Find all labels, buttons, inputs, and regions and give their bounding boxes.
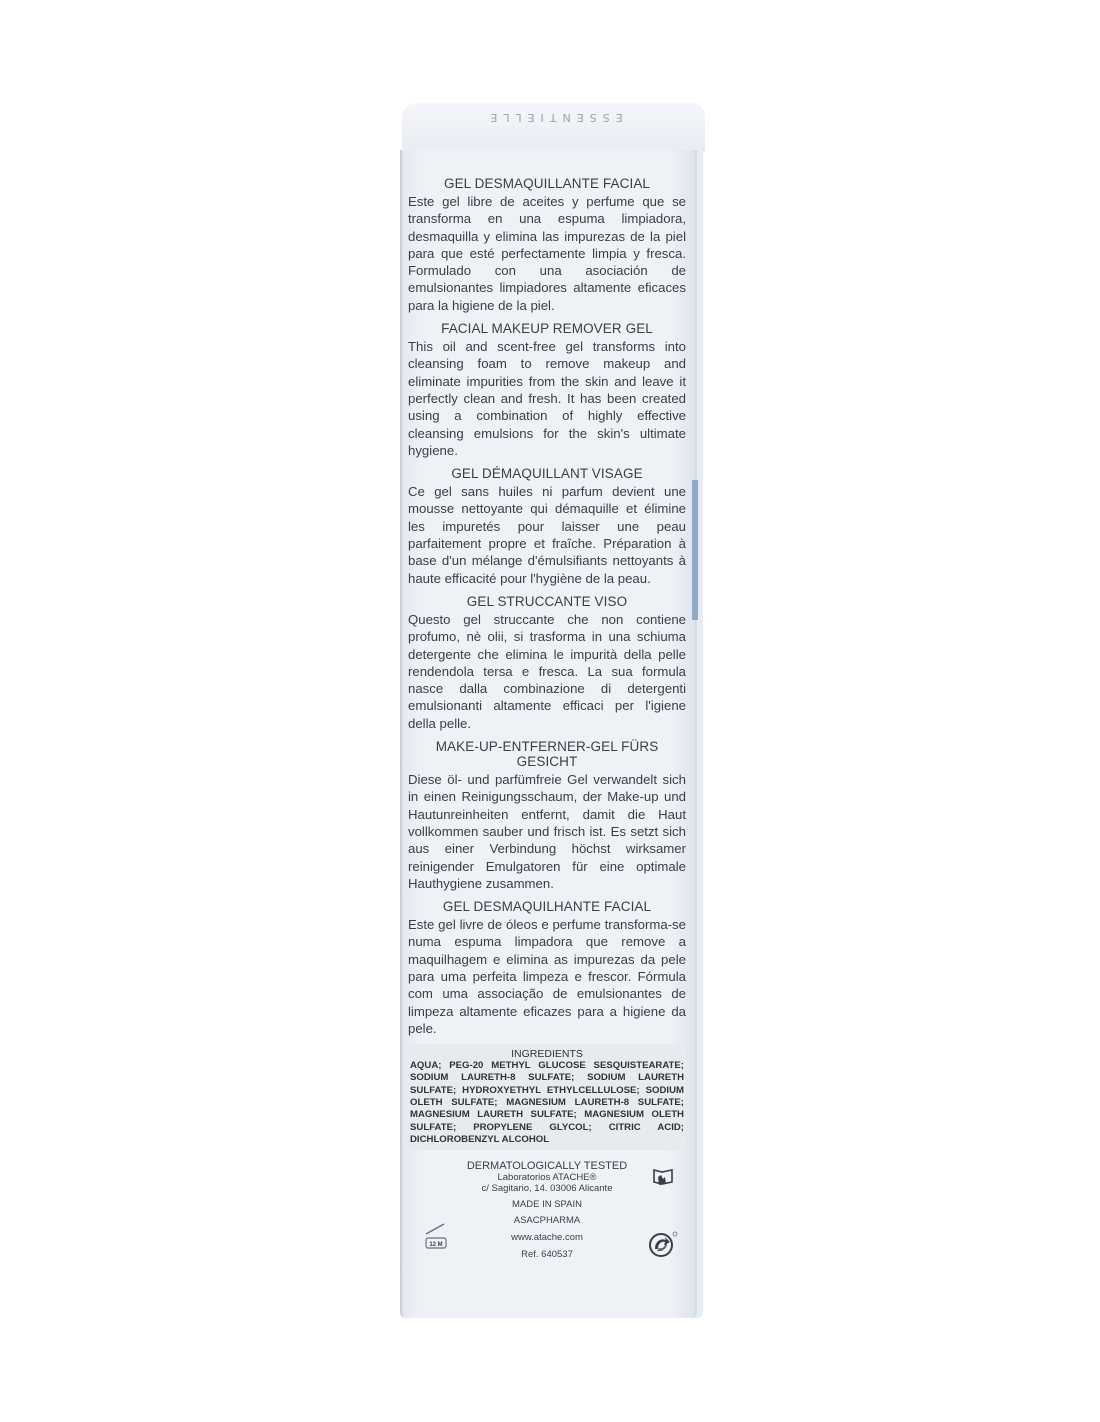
section-body: Diese öl- und parfümfreie Gel verwandelt… — [408, 771, 686, 892]
section-body: Este gel libre de aceites y perfume que … — [408, 193, 686, 314]
reference: Ref. 640537 — [408, 1249, 686, 1260]
read-leaflet-icon — [652, 1168, 674, 1188]
brand-name-upside-down: ESSENTIELLE — [402, 111, 705, 124]
section-title: GEL DESMAQUILLANTE FACIAL — [408, 176, 686, 191]
section-title: GEL STRUCCANTE VISO — [408, 594, 686, 609]
section-body: Este gel livre de óleos e perfume transf… — [408, 916, 686, 1037]
section-spanish: GEL DESMAQUILLANTE FACIAL Este gel libre… — [408, 176, 686, 314]
box-top-flap: ESSENTIELLE — [402, 103, 705, 151]
period-after-opening-icon: 12 M — [424, 1220, 450, 1250]
address: c/ Sagitario, 14. 03006 Alicante — [408, 1183, 686, 1194]
manufacturer: Laboratorios ATACHE® — [408, 1172, 686, 1183]
section-french: GEL DÉMAQUILLANT VISAGE Ce gel sans huil… — [408, 466, 686, 587]
section-body: Ce gel sans huiles ni parfum devient une… — [408, 483, 686, 587]
section-body: Questo gel struccante che non contiene p… — [408, 611, 686, 732]
pao-label: 12 M — [429, 1242, 442, 1248]
ingredients-title: INGREDIENTS — [410, 1048, 684, 1060]
section-body: This oil and scent-free gel transforms i… — [408, 338, 686, 459]
box-text-content: GEL DESMAQUILLANTE FACIAL Este gel libre… — [408, 176, 686, 1270]
origin: MADE IN SPAIN — [408, 1199, 686, 1210]
box-footer: DERMATOLOGICALLY TESTED Laboratorios ATA… — [408, 1160, 686, 1270]
ingredients-list: AQUA; PEG-20 METHYL GLUCOSE SESQUISTEARA… — [410, 1060, 684, 1146]
section-title: MAKE-UP-ENTFERNER-GEL FÜRS GESICHT — [408, 739, 686, 769]
section-title: GEL DESMAQUILHANTE FACIAL — [408, 899, 686, 914]
dermatologically-tested: DERMATOLOGICALLY TESTED — [408, 1160, 686, 1172]
green-dot-recycling-icon — [648, 1230, 678, 1258]
accent-stripe — [692, 480, 698, 620]
section-portuguese: GEL DESMAQUILHANTE FACIAL Este gel livre… — [408, 899, 686, 1037]
section-italian: GEL STRUCCANTE VISO Questo gel struccant… — [408, 594, 686, 732]
section-german: MAKE-UP-ENTFERNER-GEL FÜRS GESICHT Diese… — [408, 739, 686, 892]
section-english: FACIAL MAKEUP REMOVER GEL This oil and s… — [408, 321, 686, 459]
section-title: GEL DÉMAQUILLANT VISAGE — [408, 466, 686, 481]
ingredients-panel: INGREDIENTS AQUA; PEG-20 METHYL GLUCOSE … — [408, 1044, 686, 1150]
section-title: FACIAL MAKEUP REMOVER GEL — [408, 321, 686, 336]
